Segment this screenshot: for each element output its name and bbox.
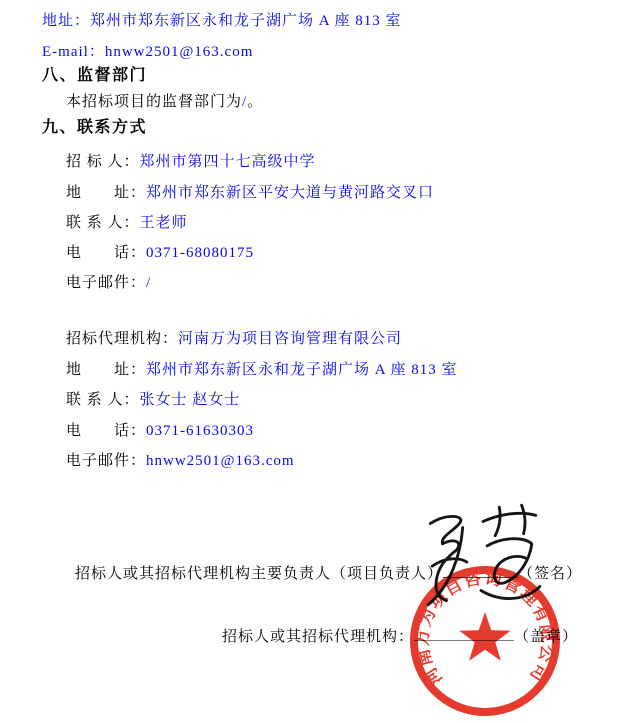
field-value: 郑州市郑东新区永和龙子湖广场 A 座 813 室: [146, 362, 458, 378]
supervision-body: 本招标项目的监督部门为/。: [66, 92, 263, 112]
field-label: 电子邮件：: [66, 453, 146, 469]
field-value: 0371-68080175: [146, 245, 254, 261]
supervision-body-prefix: 本招标项目的监督部门为: [66, 94, 242, 110]
field-label: 联 系 人：: [66, 215, 140, 231]
field-label: 电子邮件：: [66, 275, 146, 291]
field-value: hnww2501@163.com: [146, 453, 295, 469]
field-label: 联 系 人：: [66, 392, 140, 408]
field-label: 电 话：: [66, 423, 146, 439]
field-label: 电 话：: [66, 245, 146, 261]
tenderer-row-email: 电子邮件：/: [66, 273, 151, 293]
principal-signature-label: 招标人或其招标代理机构主要负责人（项目负责人）: [75, 566, 443, 582]
tenderer-row-bidder: 招 标 人：郑州市第四十七高级中学: [66, 152, 316, 172]
field-value: 王老师: [140, 215, 188, 231]
field-label: 地 址：: [66, 362, 146, 378]
field-value: 郑州市第四十七高级中学: [140, 154, 316, 170]
field-value: 河南万为项目咨询管理有限公司: [178, 331, 402, 347]
section-heading-contact: 九、联系方式: [42, 118, 147, 138]
field-label: 招标代理机构：: [66, 331, 178, 347]
field-value: /: [146, 275, 151, 291]
org-seal-label: 招标人或其招标代理机构：: [222, 629, 414, 645]
agency-row-name: 招标代理机构：河南万为项目咨询管理有限公司: [66, 329, 402, 349]
company-seal-stamp: 河南万为项目咨询管理有限公司: [405, 561, 565, 721]
field-label: 招 标 人：: [66, 154, 140, 170]
email-line: E-mail：hnww2501@163.com: [42, 42, 253, 62]
tenderer-row-address: 地 址：郑州市郑东新区平安大道与黄河路交叉口: [66, 183, 434, 203]
agency-row-contact-person: 联 系 人：张女士 赵女士: [66, 390, 240, 410]
field-value: 郑州市郑东新区平安大道与黄河路交叉口: [146, 185, 434, 201]
seal-star-icon: [459, 612, 510, 661]
supervision-body-period: 。: [247, 94, 263, 110]
agency-row-phone: 电 话：0371-61630303: [66, 421, 254, 441]
field-value: 0371-61630303: [146, 423, 254, 439]
agency-row-email: 电子邮件：hnww2501@163.com: [66, 451, 295, 471]
field-label: 地 址：: [66, 185, 146, 201]
tenderer-row-contact-person: 联 系 人：王老师: [66, 213, 188, 233]
agency-row-address: 地 址：郑州市郑东新区永和龙子湖广场 A 座 813 室: [66, 360, 458, 380]
document-page: 地址：郑州市郑东新区永和龙子湖广场 A 座 813 室 E-mail：hnww2…: [0, 0, 633, 723]
field-value: 张女士 赵女士: [140, 392, 241, 408]
section-heading-supervision: 八、监督部门: [42, 66, 147, 86]
address-line: 地址：郑州市郑东新区永和龙子湖广场 A 座 813 室: [42, 11, 402, 31]
tenderer-row-phone: 电 话：0371-68080175: [66, 243, 254, 263]
